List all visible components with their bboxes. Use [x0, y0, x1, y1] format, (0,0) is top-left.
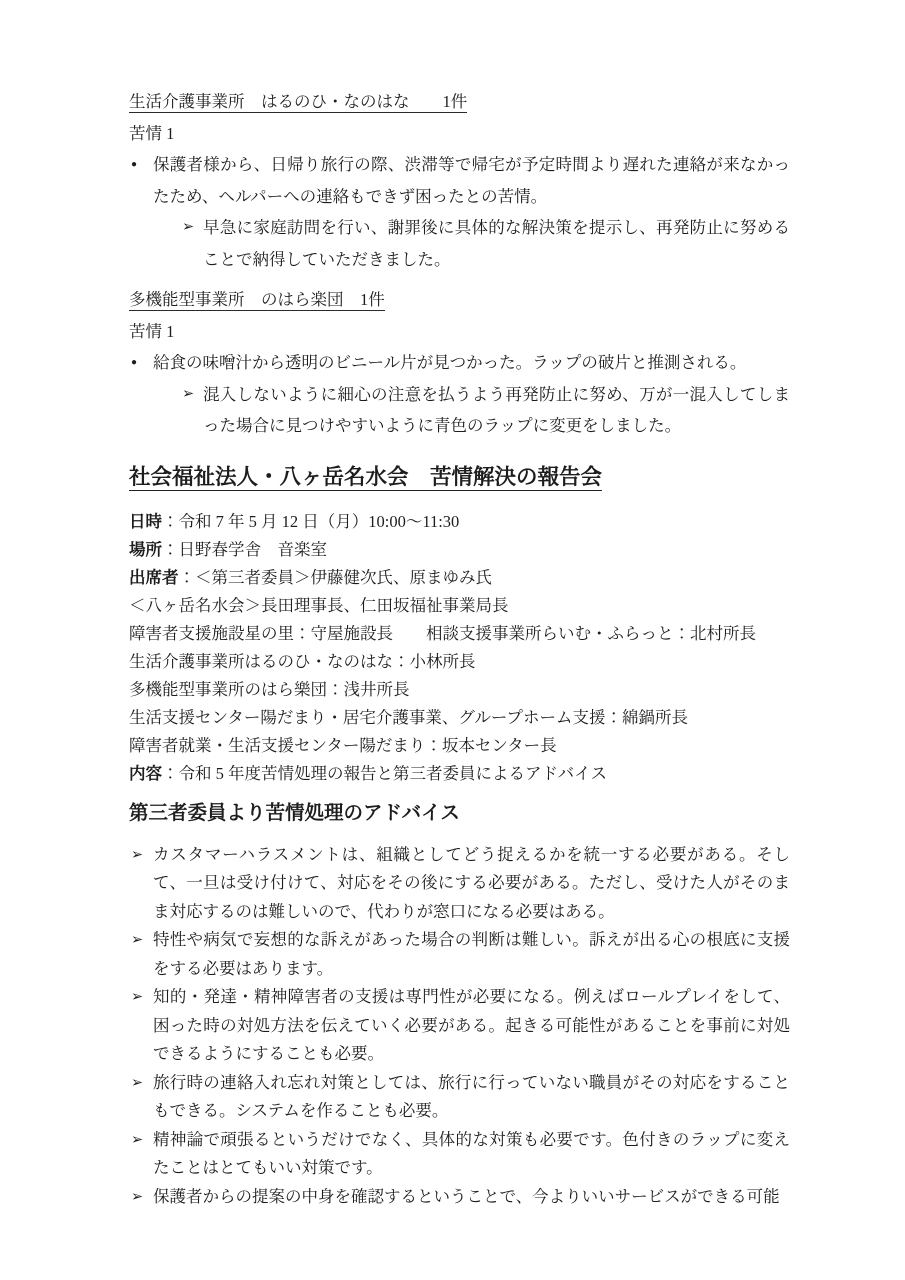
advice-item: ➢ 特性や病気で妄想的な訴えがあった場合の判断は難しい。訴えが出る心の根底に支援… — [131, 926, 790, 983]
meta-value: 障害者支援施設星の里：守屋施設長 相談支援事業所らいむ・ふらっと：北村所長 — [129, 624, 756, 643]
meta-line-attendees-3: 障害者支援施設星の里：守屋施設長 相談支援事業所らいむ・ふらっと：北村所長 — [129, 620, 790, 648]
complaint-text: 給食の味噌汁から透明のビニール片が見つかった。ラップの破片と推測される。 — [153, 347, 790, 379]
advice-text: カスタマーハラスメントは、組織としてどう捉えるかを統一する必要がある。そして、一… — [153, 841, 790, 927]
meta-value: 障害者就業・生活支援センター陽だまり：坂本センター長 — [129, 736, 557, 755]
arrow-bullet-icon: ➢ — [131, 1069, 153, 1126]
meta-line-datetime: 日時：令和 7 年 5 月 12 日（月）10:00～11:30 — [129, 508, 790, 536]
meta-value: ：令和 7 年 5 月 12 日（月）10:00～11:30 — [162, 512, 459, 531]
complaint-item: ● 給食の味噌汁から透明のビニール片が見つかった。ラップの破片と推測される。 — [131, 347, 790, 379]
meta-value: 多機能型事業所のはら樂団：浅井所長 — [129, 680, 410, 699]
meta-label: 場所 — [129, 540, 162, 559]
advice-text: 特性や病気で妄想的な訴えがあった場合の判断は難しい。訴えが出る心の根底に支援をす… — [153, 926, 790, 983]
advice-heading: 第三者委員より苦情処理のアドバイス — [129, 797, 790, 830]
meta-line-place: 場所：日野春学舎 音楽室 — [129, 536, 790, 564]
meta-value: ：令和 5 年度苦情処理の報告と第三者委員によるアドバイス — [162, 764, 607, 783]
meta-value: ＜八ヶ岳名水会＞長田理事長、仁田坂福祉事業局長 — [129, 596, 509, 615]
meta-value: ：＜第三者委員＞伊藤健次氏、原まゆみ氏 — [179, 568, 493, 587]
meta-value: ：日野春学舎 音楽室 — [162, 540, 327, 559]
arrow-bullet-icon: ➢ — [182, 212, 203, 275]
advice-list: ➢ カスタマーハラスメントは、組織としてどう捉えるかを統一する必要がある。そして… — [129, 841, 790, 1212]
response-text: 早急に家庭訪問を行い、謝罪後に具体的な解決策を提示し、再発防止に努めることで納得… — [203, 212, 790, 275]
arrow-bullet-icon: ➢ — [131, 983, 153, 1069]
advice-item: ➢ カスタマーハラスメントは、組織としてどう捉えるかを統一する必要がある。そして… — [131, 841, 790, 927]
meta-line-attendees-4: 生活介護事業所はるのひ・なのはな：小林所長 — [129, 648, 790, 676]
advice-text: 旅行時の連絡入れ忘れ対策としては、旅行に行っていない職員がその対応をすることもで… — [153, 1069, 790, 1126]
advice-item: ➢ 知的・発達・精神障害者の支援は専門性が必要になる。例えばロールプレイをして、… — [131, 983, 790, 1069]
section-heading-row: 多機能型事業所 のはら楽団 1件 — [129, 284, 790, 316]
meta-label: 出席者 — [129, 568, 179, 587]
meta-value: 生活介護事業所はるのひ・なのはな：小林所長 — [129, 652, 476, 671]
complaint-text: 保護者様から、日帰り旅行の際、渋滞等で帰宅が予定時間より遅れた連絡が来なかったた… — [153, 149, 790, 212]
section-heading: 多機能型事業所 のはら楽団 1件 — [129, 290, 385, 311]
complaint-item: ● 保護者様から、日帰り旅行の際、渋滞等で帰宅が予定時間より遅れた連絡が来なかっ… — [131, 149, 790, 212]
advice-text: 知的・発達・精神障害者の支援は専門性が必要になる。例えばロールプレイをして、困っ… — [153, 983, 790, 1069]
bullet-icon: ● — [131, 149, 153, 212]
advice-item: ➢ 精神論で頑張るというだけでなく、具体的な対策も必要です。色付きのラップに変え… — [131, 1126, 790, 1183]
advice-text: 保護者からの提案の中身を確認するということで、今よりいいサービスができる可能 — [153, 1183, 790, 1212]
report-meta: 日時：令和 7 年 5 月 12 日（月）10:00～11:30 場所：日野春学… — [129, 508, 790, 788]
advice-item: ➢ 旅行時の連絡入れ忘れ対策としては、旅行に行っていない職員がその対応をすること… — [131, 1069, 790, 1126]
report-title: 社会福祉法人・八ヶ岳名水会 苦情解決の報告会 — [129, 465, 602, 491]
meta-line-attendees-2: ＜八ヶ岳名水会＞長田理事長、仁田坂福祉事業局長 — [129, 592, 790, 620]
arrow-bullet-icon: ➢ — [182, 379, 203, 442]
meta-label: 内容 — [129, 764, 162, 783]
meta-label: 日時 — [129, 512, 162, 531]
section-heading: 生活介護事業所 はるのひ・なのはな 1件 — [129, 92, 467, 113]
arrow-bullet-icon: ➢ — [131, 926, 153, 983]
document-page: 生活介護事業所 はるのひ・なのはな 1件 苦情 1 ● 保護者様から、日帰り旅行… — [0, 0, 905, 1280]
response-item: ➢ 混入しないように細心の注意を払うよう再発防止に努め、万が一混入してしまった場… — [182, 379, 790, 442]
complaint-section-harunohi: 生活介護事業所 はるのひ・なのはな 1件 苦情 1 ● 保護者様から、日帰り旅行… — [129, 86, 790, 275]
complaint-section-nohara: 多機能型事業所 のはら楽団 1件 苦情 1 ● 給食の味噌汁から透明のビニール片… — [129, 284, 790, 442]
advice-text: 精神論で頑張るというだけでなく、具体的な対策も必要です。色付きのラップに変えたこ… — [153, 1126, 790, 1183]
meta-line-content: 内容：令和 5 年度苦情処理の報告と第三者委員によるアドバイス — [129, 760, 790, 788]
complaint-case-label: 苦情 1 — [129, 316, 790, 348]
section-heading-row: 生活介護事業所 はるのひ・なのはな 1件 — [129, 86, 790, 118]
response-item: ➢ 早急に家庭訪問を行い、謝罪後に具体的な解決策を提示し、再発防止に努めることで… — [182, 212, 790, 275]
meta-value: 生活支援センター陽だまり・居宅介護事業、グループホーム支援：綿鍋所長 — [129, 708, 688, 727]
arrow-bullet-icon: ➢ — [131, 1183, 153, 1212]
meta-line-attendees: 出席者：＜第三者委員＞伊藤健次氏、原まゆみ氏 — [129, 564, 790, 592]
meta-line-attendees-6: 生活支援センター陽だまり・居宅介護事業、グループホーム支援：綿鍋所長 — [129, 704, 790, 732]
meta-line-attendees-5: 多機能型事業所のはら樂団：浅井所長 — [129, 676, 790, 704]
bullet-icon: ● — [131, 347, 153, 379]
response-text: 混入しないように細心の注意を払うよう再発防止に努め、万が一混入してしまった場合に… — [203, 379, 790, 442]
arrow-bullet-icon: ➢ — [131, 1126, 153, 1183]
complaint-case-label: 苦情 1 — [129, 118, 790, 150]
arrow-bullet-icon: ➢ — [131, 841, 153, 927]
report-title-row: 社会福祉法人・八ヶ岳名水会 苦情解決の報告会 — [129, 459, 790, 495]
meta-line-attendees-7: 障害者就業・生活支援センター陽だまり：坂本センター長 — [129, 732, 790, 760]
advice-item: ➢ 保護者からの提案の中身を確認するということで、今よりいいサービスができる可能 — [131, 1183, 790, 1212]
